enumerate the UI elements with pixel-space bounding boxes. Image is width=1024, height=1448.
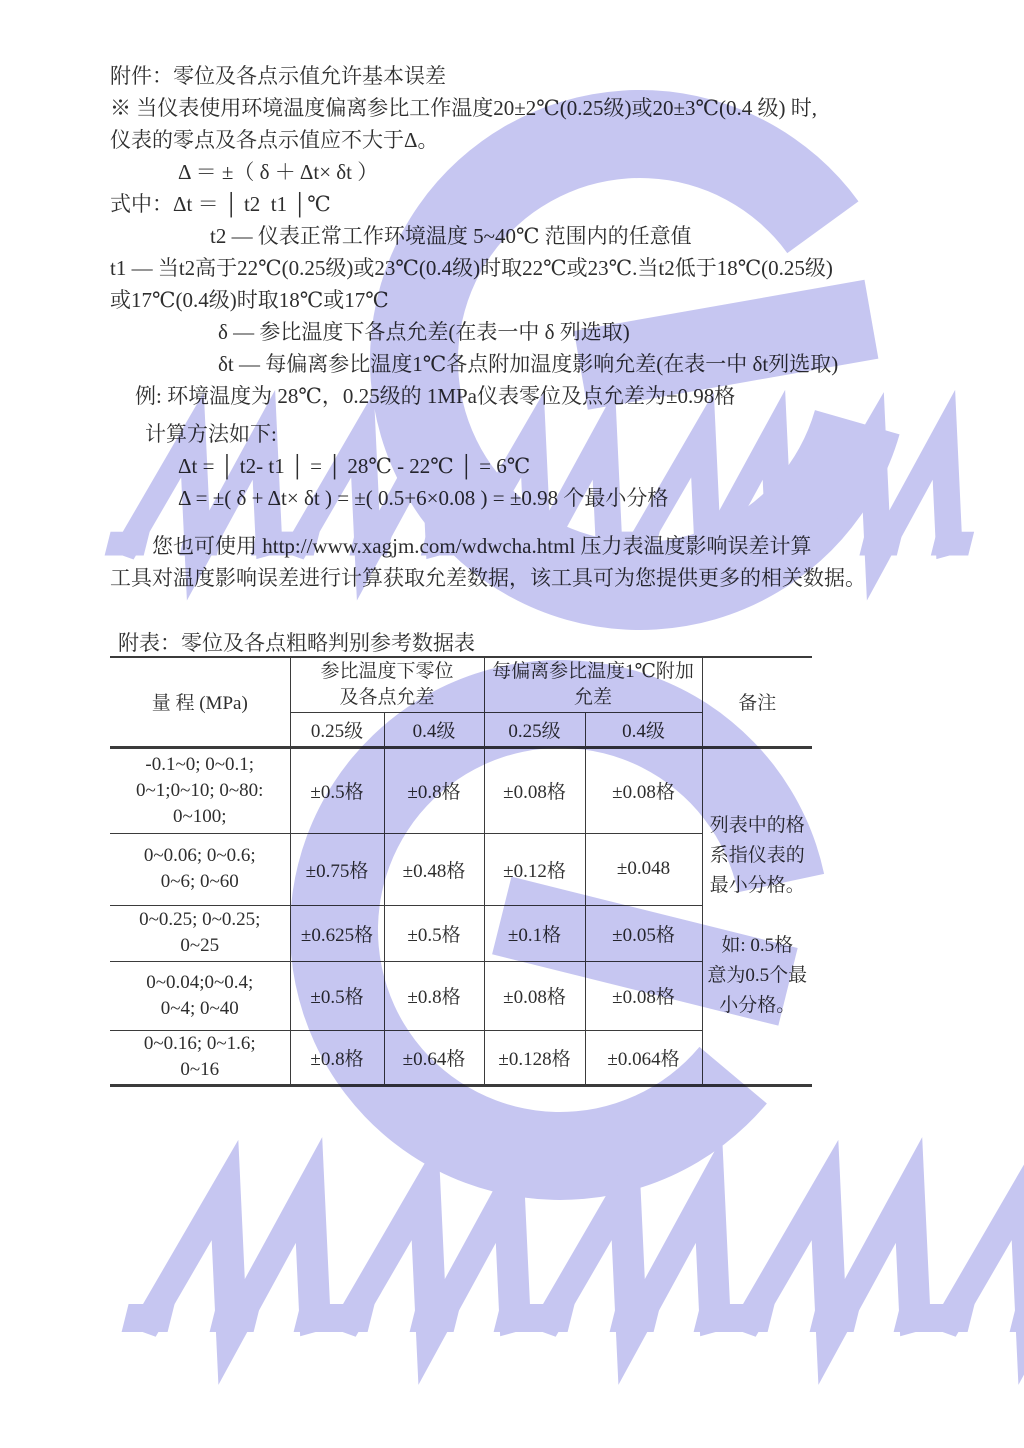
range-cell: 0~0.16; 0~1.6; 0~16	[110, 1030, 290, 1085]
range-line: 0~1;0~10; 0~80:	[110, 778, 290, 804]
value-cell: ±0.5格	[290, 747, 384, 833]
header-group-reference-temp: 参比温度下零位 及各点允差	[290, 657, 484, 712]
formula-line: Δt = │ t2- t1 │ = │ 28℃ - 22℃ │ = 6℃	[178, 450, 1024, 482]
table-row: -0.1~0; 0~0.1; 0~1;0~10; 0~80: 0~100; ±0…	[110, 747, 812, 833]
range-line: 0~0.06; 0~0.6;	[110, 843, 290, 869]
doc-line: t1 — 当t2高于22℃(0.25级)或23℃(0.4级)时取22℃或23℃.…	[110, 252, 1024, 284]
table-caption: 附表：零位及各点粗略判别参考数据表	[118, 630, 1024, 656]
value-cell: ±0.05格	[585, 905, 702, 961]
remark-line: 如: 0.5格	[703, 931, 813, 961]
range-line: -0.1~0; 0~0.1;	[110, 752, 290, 778]
range-cell: -0.1~0; 0~0.1; 0~1;0~10; 0~80: 0~100;	[110, 747, 290, 833]
range-line: 0~100;	[110, 804, 290, 830]
remark-line: 意为0.5个最	[703, 961, 813, 991]
subheader-class: 0.25级	[484, 712, 585, 747]
doc-line: 或17℃(0.4级)时取18℃或17℃	[110, 284, 1024, 316]
formula-line: Δ ＝ ±（ δ ＋ Δt× δt ）	[178, 156, 1024, 188]
value-cell: ±0.064格	[585, 1030, 702, 1085]
doc-line: 例: 环境温度为 28℃，0.25级的 1MPa仪表零位及点允差为±0.98格	[135, 380, 1024, 412]
remark-cell: 列表中的格 系指仪表的 最小分格。 如: 0.5格 意为0.5个最 小分格。	[702, 747, 812, 1085]
doc-line-url: 您也可使用 http://www.xagjm.com/wdwcha.html 压…	[152, 530, 1024, 562]
table-header-group-row: 量 程 (MPa) 参比温度下零位 及各点允差 每偏离参比温度1℃附加允差 备注	[110, 657, 812, 712]
range-line: 0~0.25; 0~0.25;	[110, 907, 290, 933]
value-cell: ±0.8格	[290, 1030, 384, 1085]
range-line: 0~6; 0~60	[110, 869, 290, 895]
range-line: 0~25	[110, 933, 290, 959]
header-remark: 备注	[702, 657, 812, 747]
header-group1-line2: 及各点允差	[291, 685, 484, 711]
subheader-class: 0.4级	[384, 712, 484, 747]
remark-line: 列表中的格	[703, 811, 813, 841]
value-cell: ±0.8格	[384, 747, 484, 833]
value-cell: ±0.8格	[384, 961, 484, 1030]
value-cell: ±0.5格	[290, 961, 384, 1030]
range-cell: 0~0.06; 0~0.6; 0~6; 0~60	[110, 833, 290, 905]
value-cell: ±0.64格	[384, 1030, 484, 1085]
formula-line: Δ = ±( δ + Δt× δt ) = ±( 0.5+6×0.08 ) = …	[178, 482, 1024, 514]
header-range: 量 程 (MPa)	[110, 657, 290, 747]
range-cell: 0~0.25; 0~0.25; 0~25	[110, 905, 290, 961]
value-cell: ±0.12格	[484, 833, 585, 905]
reference-data-table: 量 程 (MPa) 参比温度下零位 及各点允差 每偏离参比温度1℃附加允差 备注…	[110, 656, 812, 1087]
header-group-per-degree: 每偏离参比温度1℃附加允差	[484, 657, 702, 712]
range-cell: 0~0.04;0~0.4; 0~4; 0~40	[110, 961, 290, 1030]
remark-line: 最小分格。	[703, 871, 813, 901]
doc-line: δ — 参比温度下各点允差(在表一中 δ 列选取)	[218, 316, 1024, 348]
doc-line: δt — 每偏离参比温度1℃各点附加温度影响允差(在表一中 δt列选取)	[218, 348, 1024, 380]
range-line: 0~0.16; 0~1.6;	[110, 1031, 290, 1057]
doc-line: 工具对温度影响误差进行计算获取允差数据，该工具可为您提供更多的相关数据。	[110, 562, 1024, 594]
doc-line: 计算方法如下:	[145, 418, 1024, 450]
value-cell: ±0.625格	[290, 905, 384, 961]
value-cell: ±0.08格	[585, 747, 702, 833]
subheader-class: 0.4级	[585, 712, 702, 747]
range-line: 0~16	[110, 1057, 290, 1083]
remark-line: 系指仪表的	[703, 841, 813, 871]
header-group1-line1: 参比温度下零位	[291, 659, 484, 685]
value-cell: ±0.128格	[484, 1030, 585, 1085]
doc-line: ※ 当仪表使用环境温度偏离参比工作温度20±2℃(0.25级)或20±3℃(0.…	[110, 92, 1024, 124]
value-cell: ±0.048	[585, 833, 702, 905]
document-page: 附件：零位及各点示值允许基本误差 ※ 当仪表使用环境温度偏离参比工作温度20±2…	[0, 0, 1024, 1448]
range-line: 0~4; 0~40	[110, 996, 290, 1022]
value-cell: ±0.5格	[384, 905, 484, 961]
range-line: 0~0.04;0~0.4;	[110, 970, 290, 996]
subheader-class: 0.25级	[290, 712, 384, 747]
remark-line: 小分格。	[703, 991, 813, 1021]
value-cell: ±0.1格	[484, 905, 585, 961]
value-cell: ±0.08格	[484, 747, 585, 833]
value-cell: ±0.75格	[290, 833, 384, 905]
doc-line: t2 — 仪表正常工作环境温度 5~40℃ 范围内的任意值	[210, 220, 1024, 252]
value-cell: ±0.08格	[484, 961, 585, 1030]
doc-title: 附件：零位及各点示值允许基本误差	[110, 60, 1024, 92]
doc-line: 仪表的零点及各点示值应不大于Δ。	[110, 124, 1024, 156]
value-cell: ±0.48格	[384, 833, 484, 905]
value-cell: ±0.08格	[585, 961, 702, 1030]
document-body: 附件：零位及各点示值允许基本误差 ※ 当仪表使用环境温度偏离参比工作温度20±2…	[0, 60, 1024, 1087]
remark-spacer	[703, 901, 813, 931]
formula-line: 式中：Δt ＝ │ t2 t1 │℃	[110, 188, 1024, 220]
watermark-mmmm-lower	[122, 1190, 1024, 1332]
